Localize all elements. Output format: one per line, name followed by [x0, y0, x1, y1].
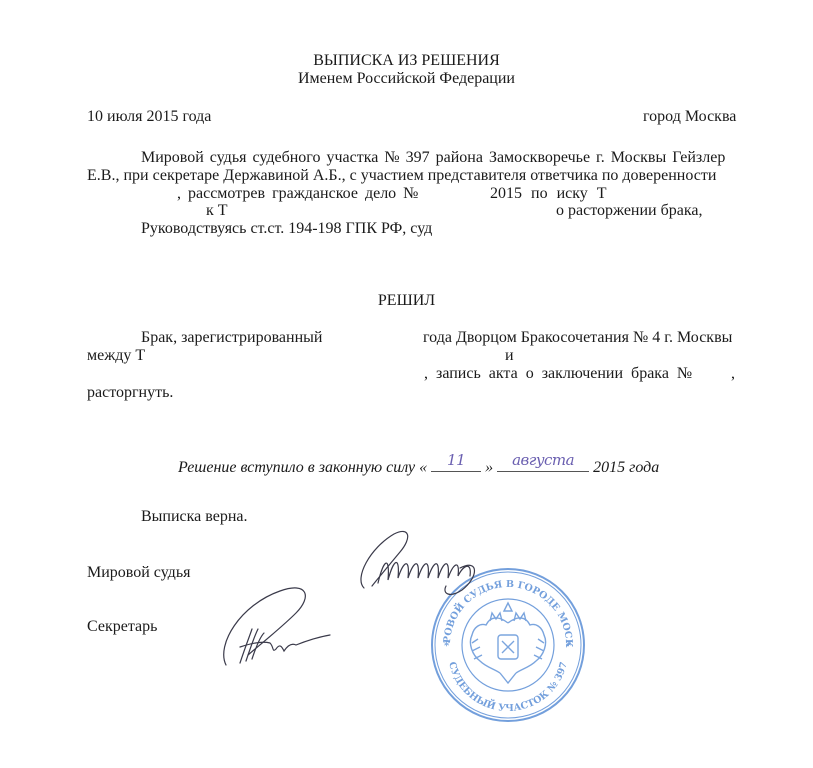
- decision-line-1b: года Дворцом Бракосочетания № 4 г. Москв…: [423, 328, 732, 348]
- handwritten-month: августа: [497, 450, 589, 470]
- certified-text: Выписка верна.: [141, 507, 248, 527]
- decision-line-1a: Брак, зарегистрированный: [141, 328, 322, 348]
- decision-line-4: расторгнуть.: [87, 383, 173, 403]
- document-subtitle: Именем Российской Федерации: [0, 69, 813, 89]
- effective-suffix: 2015 года: [593, 459, 659, 476]
- document-title: ВЫПИСКА ИЗ РЕШЕНИЯ: [0, 51, 813, 71]
- judge-label: Мировой судья: [87, 563, 190, 583]
- decision-line-2a: между Т: [87, 346, 145, 366]
- decision-line-2b: и: [505, 346, 514, 366]
- secretary-signature-icon: [200, 585, 340, 670]
- effective-day-field: 11: [431, 453, 481, 472]
- document-city: город Москва: [643, 107, 736, 127]
- svg-text:*: *: [566, 641, 572, 652]
- intro-line-2: Е.В., при секретаре Державиной А.Б., с у…: [87, 166, 716, 186]
- effective-mid: »: [485, 459, 493, 476]
- effective-month-field: августа: [497, 453, 589, 472]
- intro-line-4a: к Т: [206, 201, 228, 221]
- effective-date-line: Решение вступило в законную силу « 11 » …: [178, 453, 659, 478]
- intro-line-1: Мировой судья судебного участка № 397 ра…: [141, 148, 725, 168]
- effective-prefix: Решение вступило в законную силу «: [178, 459, 427, 476]
- decision-heading: РЕШИЛ: [0, 291, 813, 311]
- intro-line-4b: о расторжении брака,: [556, 201, 703, 221]
- handwritten-day: 11: [431, 450, 481, 470]
- decision-line-3b: ,: [731, 364, 735, 384]
- secretary-label: Секретарь: [87, 617, 157, 637]
- intro-line-5: Руководствуясь ст.ст. 194-198 ГПК РФ, су…: [141, 219, 432, 239]
- decision-line-3a: , запись акта о заключении брака №: [424, 364, 692, 384]
- svg-text:*: *: [444, 641, 450, 652]
- judge-signature-icon: [350, 528, 490, 598]
- document-date: 10 июля 2015 года: [87, 107, 211, 127]
- svg-text:СУДЕБНЫЙ УЧАСТОК № 397: СУДЕБНЫЙ УЧАСТОК № 397: [446, 661, 570, 714]
